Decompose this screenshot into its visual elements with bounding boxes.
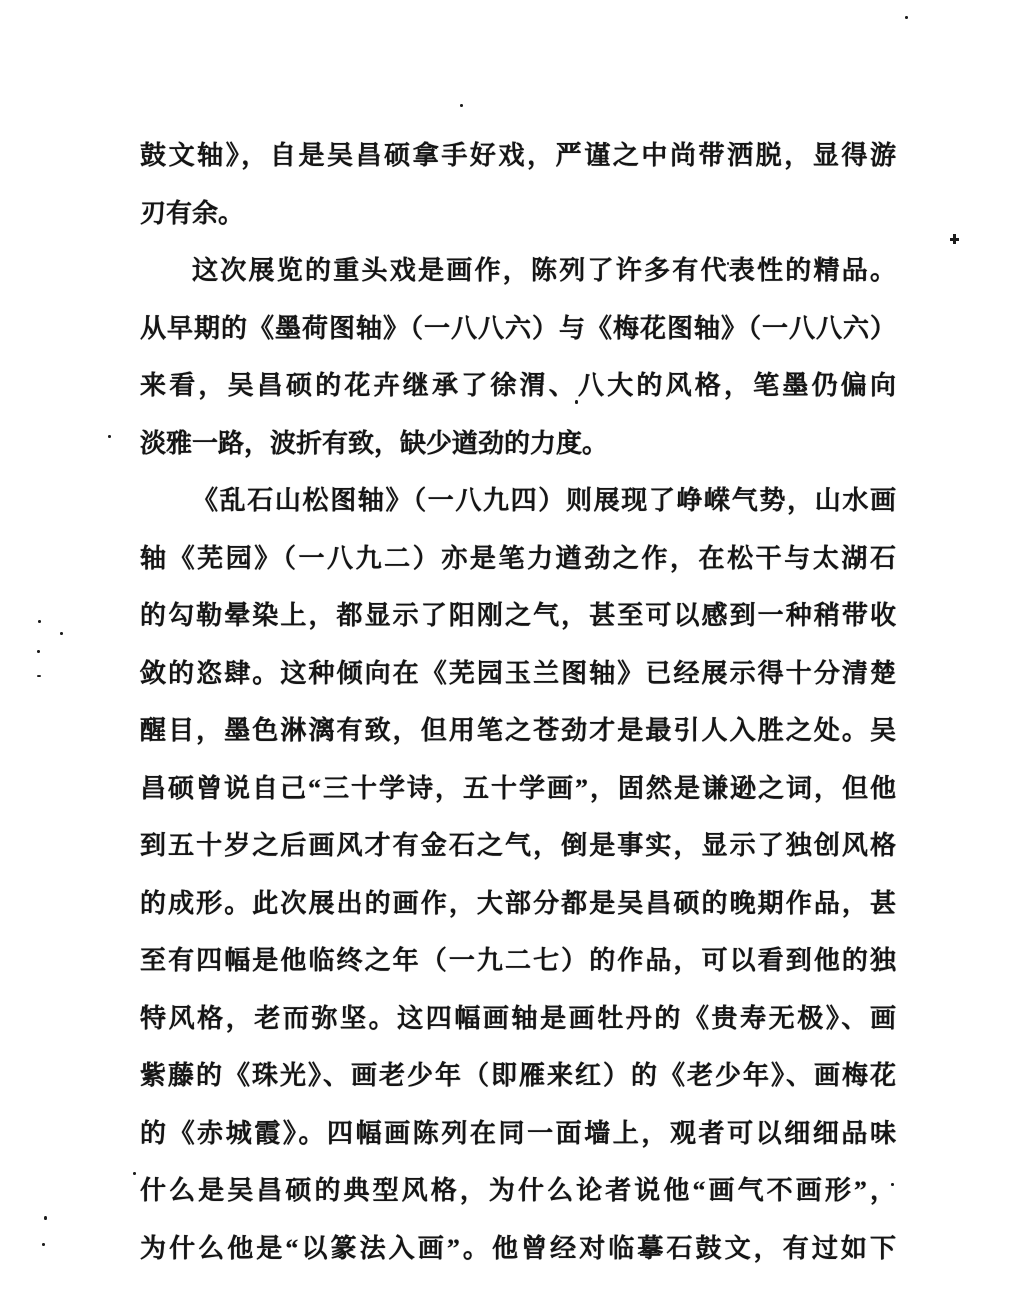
scan-speck [38,620,41,623]
scan-speck [905,16,908,19]
text-line: 的勾勒晕染上，都显示了阳刚之气，甚至可以感到一种稍带收 [140,587,896,645]
text-line: 从早期的《墨荷图轴》（一八八六）与《梅花图轴》（一八八六） [140,300,896,358]
text-line: 来看，吴昌硕的花卉继承了徐渭、八大的风格，笔墨仍偏向 [140,357,896,415]
scanned-book-page: 鼓文轴》，自是吴昌硕拿手好戏，严谨之中尚带洒脱，显得游刃有余。这次展览的重头戏是… [0,0,1029,1292]
text-line: 昌硕曾说自己“三十学诗，五十学画”，固然是谦逊之词，但他 [140,760,896,818]
scan-speck [37,650,40,653]
text-line: 到五十岁之后画风才有金石之气，倒是事实，显示了独创风格 [140,817,896,875]
scan-speck [108,435,111,438]
text-line: 为什么他是“以篆法入画”。他曾经对临摹石鼓文，有过如下 [140,1220,896,1278]
scan-speck [60,632,63,635]
text-line: 这次展览的重头戏是画作，陈列了许多有代表性的精品。 [140,242,896,300]
text-block: 鼓文轴》，自是吴昌硕拿手好戏，严谨之中尚带洒脱，显得游刃有余。这次展览的重头戏是… [140,127,896,1277]
text-line: 淡雅一路，波折有致，缺少遒劲的力度。 [140,415,896,473]
scan-speck [42,1243,45,1246]
scan-speck [460,104,463,107]
text-line: 《乱石山松图轴》（一八九四）则展现了峥嵘气势，山水画 [140,472,896,530]
text-line: 什么是吴昌硕的典型风格，为什么论者说他“画气不画形”， [140,1162,896,1220]
text-line: 至有四幅是他临终之年（一九二七）的作品，可以看到他的独 [140,932,896,990]
text-line: 醒目，墨色淋漓有致，但用笔之苍劲才是最引人入胜之处。吴 [140,702,896,760]
text-line: 鼓文轴》，自是吴昌硕拿手好戏，严谨之中尚带洒脱，显得游 [140,127,896,185]
scan-speck [133,1172,136,1175]
scan-speck [44,1216,47,1220]
scan-speck [37,675,41,677]
text-line: 紫藤的《珠光》、画老少年（即雁来红）的《老少年》、画梅花 [140,1047,896,1105]
text-line: 的《赤城霞》。四幅画陈列在同一面墙上，观者可以细细品味 [140,1105,896,1163]
scan-speck [953,234,956,244]
text-line: 刃有余。 [140,185,896,243]
scan-speck [727,262,729,265]
text-line: 轴《芜园》（一八九二）亦是笔力遒劲之作，在松干与太湖石 [140,530,896,588]
scan-speck [891,1183,894,1186]
text-line: 特风格，老而弥坚。这四幅画轴是画牡丹的《贵寿无极》、画 [140,990,896,1048]
text-line: 的成形。此次展出的画作，大部分都是吴昌硕的晚期作品，甚 [140,875,896,933]
text-line: 敛的恣肆。这种倾向在《芜园玉兰图轴》已经展示得十分清楚 [140,645,896,703]
scan-speck [575,400,578,404]
